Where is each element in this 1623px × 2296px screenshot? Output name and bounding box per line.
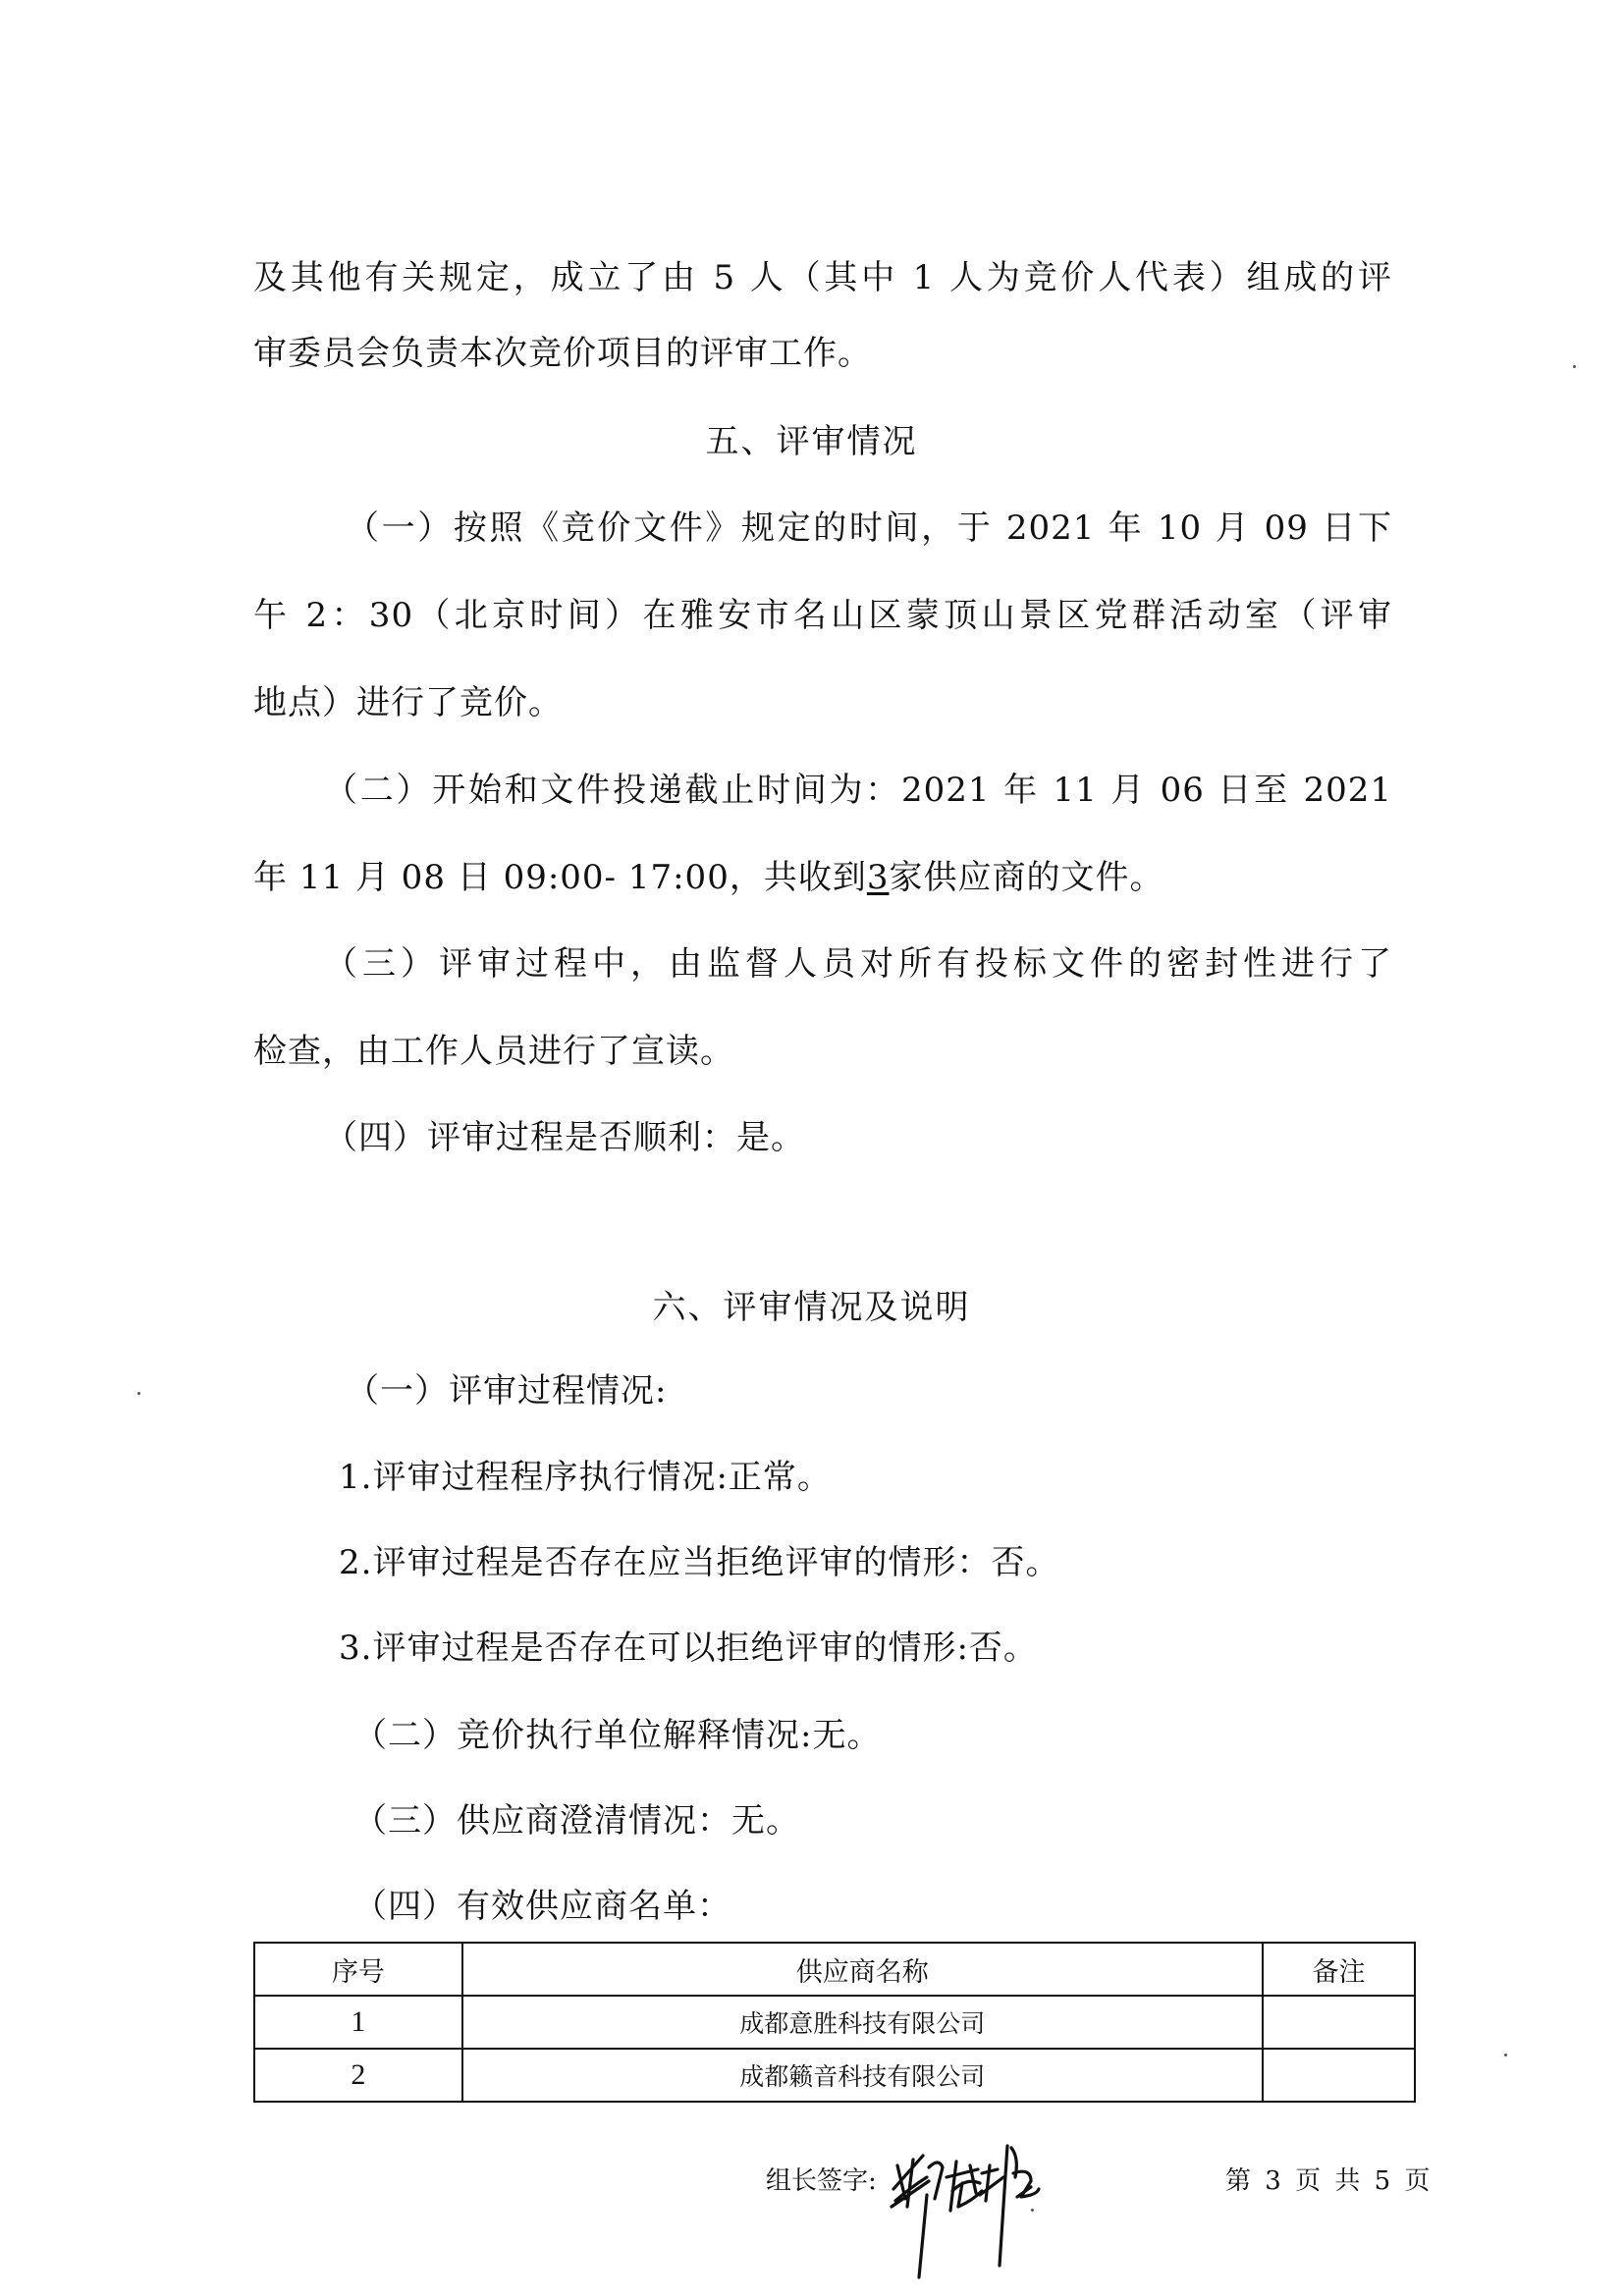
s5-p3-line-2: 检查，由工作人员进行了宣读。 — [253, 1030, 734, 1073]
s5-p2-text-after: 家供应商的文件。 — [889, 858, 1163, 897]
signature-label: 组长签字: — [766, 2164, 877, 2198]
section-6-heading: 六、评审情况及说明 — [0, 1286, 1623, 1329]
section-5-heading: 五、评审情况 — [0, 420, 1623, 463]
s6-item-2: 2.评审过程是否存在应当拒绝评审的情形：否。 — [339, 1541, 1059, 1584]
intro-line-1: 及其他有关规定，成立了由 5 人（其中 1 人为竞价人代表）组成的评 — [253, 256, 1392, 299]
table-row: 1 成都意胜科技有限公司 — [254, 1996, 1415, 2049]
header-supplier-name: 供应商名称 — [462, 1943, 1263, 1996]
s6-sub1-title: （一）评审过程情况: — [346, 1369, 667, 1413]
document-page: 及其他有关规定，成立了由 5 人（其中 1 人为竞价人代表）组成的评 审委员会负… — [0, 0, 1623, 2296]
s5-p2-line-1: （二）开始和文件投递截止时间为：2021 年 11 月 06 日至 2021 — [324, 769, 1392, 812]
cell-no: 1 — [254, 1996, 462, 2049]
cell-note — [1263, 1996, 1415, 2049]
s5-p4: （四）评审过程是否顺利：是。 — [324, 1116, 805, 1159]
cell-supplier-name: 成都籁音科技有限公司 — [462, 2049, 1263, 2102]
s5-p1-line-3: 地点）进行了竞价。 — [253, 681, 563, 724]
s5-p1-line-1: （一）按照《竞价文件》规定的时间，于 2021 年 10 月 09 日下 — [346, 507, 1392, 550]
table-header-row: 序号 供应商名称 备注 — [254, 1943, 1415, 1996]
cell-note — [1263, 2049, 1415, 2102]
page-indicator: 第 3 页 共 5 页 — [1225, 2164, 1430, 2198]
cell-supplier-name: 成都意胜科技有限公司 — [462, 1996, 1263, 2049]
supplier-table: 序号 供应商名称 备注 1 成都意胜科技有限公司 2 成都籁音科技有限公司 — [253, 1942, 1416, 2103]
table-row: 2 成都籁音科技有限公司 — [254, 2049, 1415, 2102]
header-note: 备注 — [1263, 1943, 1415, 1996]
s6-item-3: 3.评审过程是否存在可以拒绝评审的情形:否。 — [339, 1627, 1038, 1670]
s6-sub2: （二）竞价执行单位解释情况:无。 — [353, 1714, 881, 1757]
scan-speck — [1504, 2054, 1507, 2056]
supplier-count: 3 — [867, 858, 890, 897]
scan-speck — [1573, 365, 1576, 368]
s5-p2-line-2: 年 11 月 08 日 09:00- 17:00，共收到3家供应商的文件。 — [253, 856, 1163, 899]
handwritten-signature-icon — [884, 2138, 1051, 2285]
header-no: 序号 — [254, 1943, 462, 1996]
s5-p3-line-1: （三）评审过程中，由监督人员对所有投标文件的密封性进行了 — [324, 942, 1392, 986]
s6-sub4-title: （四）有效供应商名单： — [353, 1885, 731, 1928]
cell-no: 2 — [254, 2049, 462, 2102]
s6-item-1: 1.评审过程程序执行情况:正常。 — [339, 1456, 832, 1499]
scan-speck — [1031, 2209, 1034, 2212]
s5-p2-text-before: 年 11 月 08 日 09:00- 17:00，共收到 — [253, 858, 867, 897]
s6-sub3: （三）供应商澄清情况：无。 — [353, 1799, 800, 1842]
s5-p1-line-2: 午 2：30（北京时间）在雅安市名山区蒙顶山景区党群活动室（评审 — [253, 594, 1392, 637]
intro-line-2: 审委员会负责本次竞价项目的评审工作。 — [253, 332, 872, 375]
scan-speck — [137, 1392, 140, 1395]
